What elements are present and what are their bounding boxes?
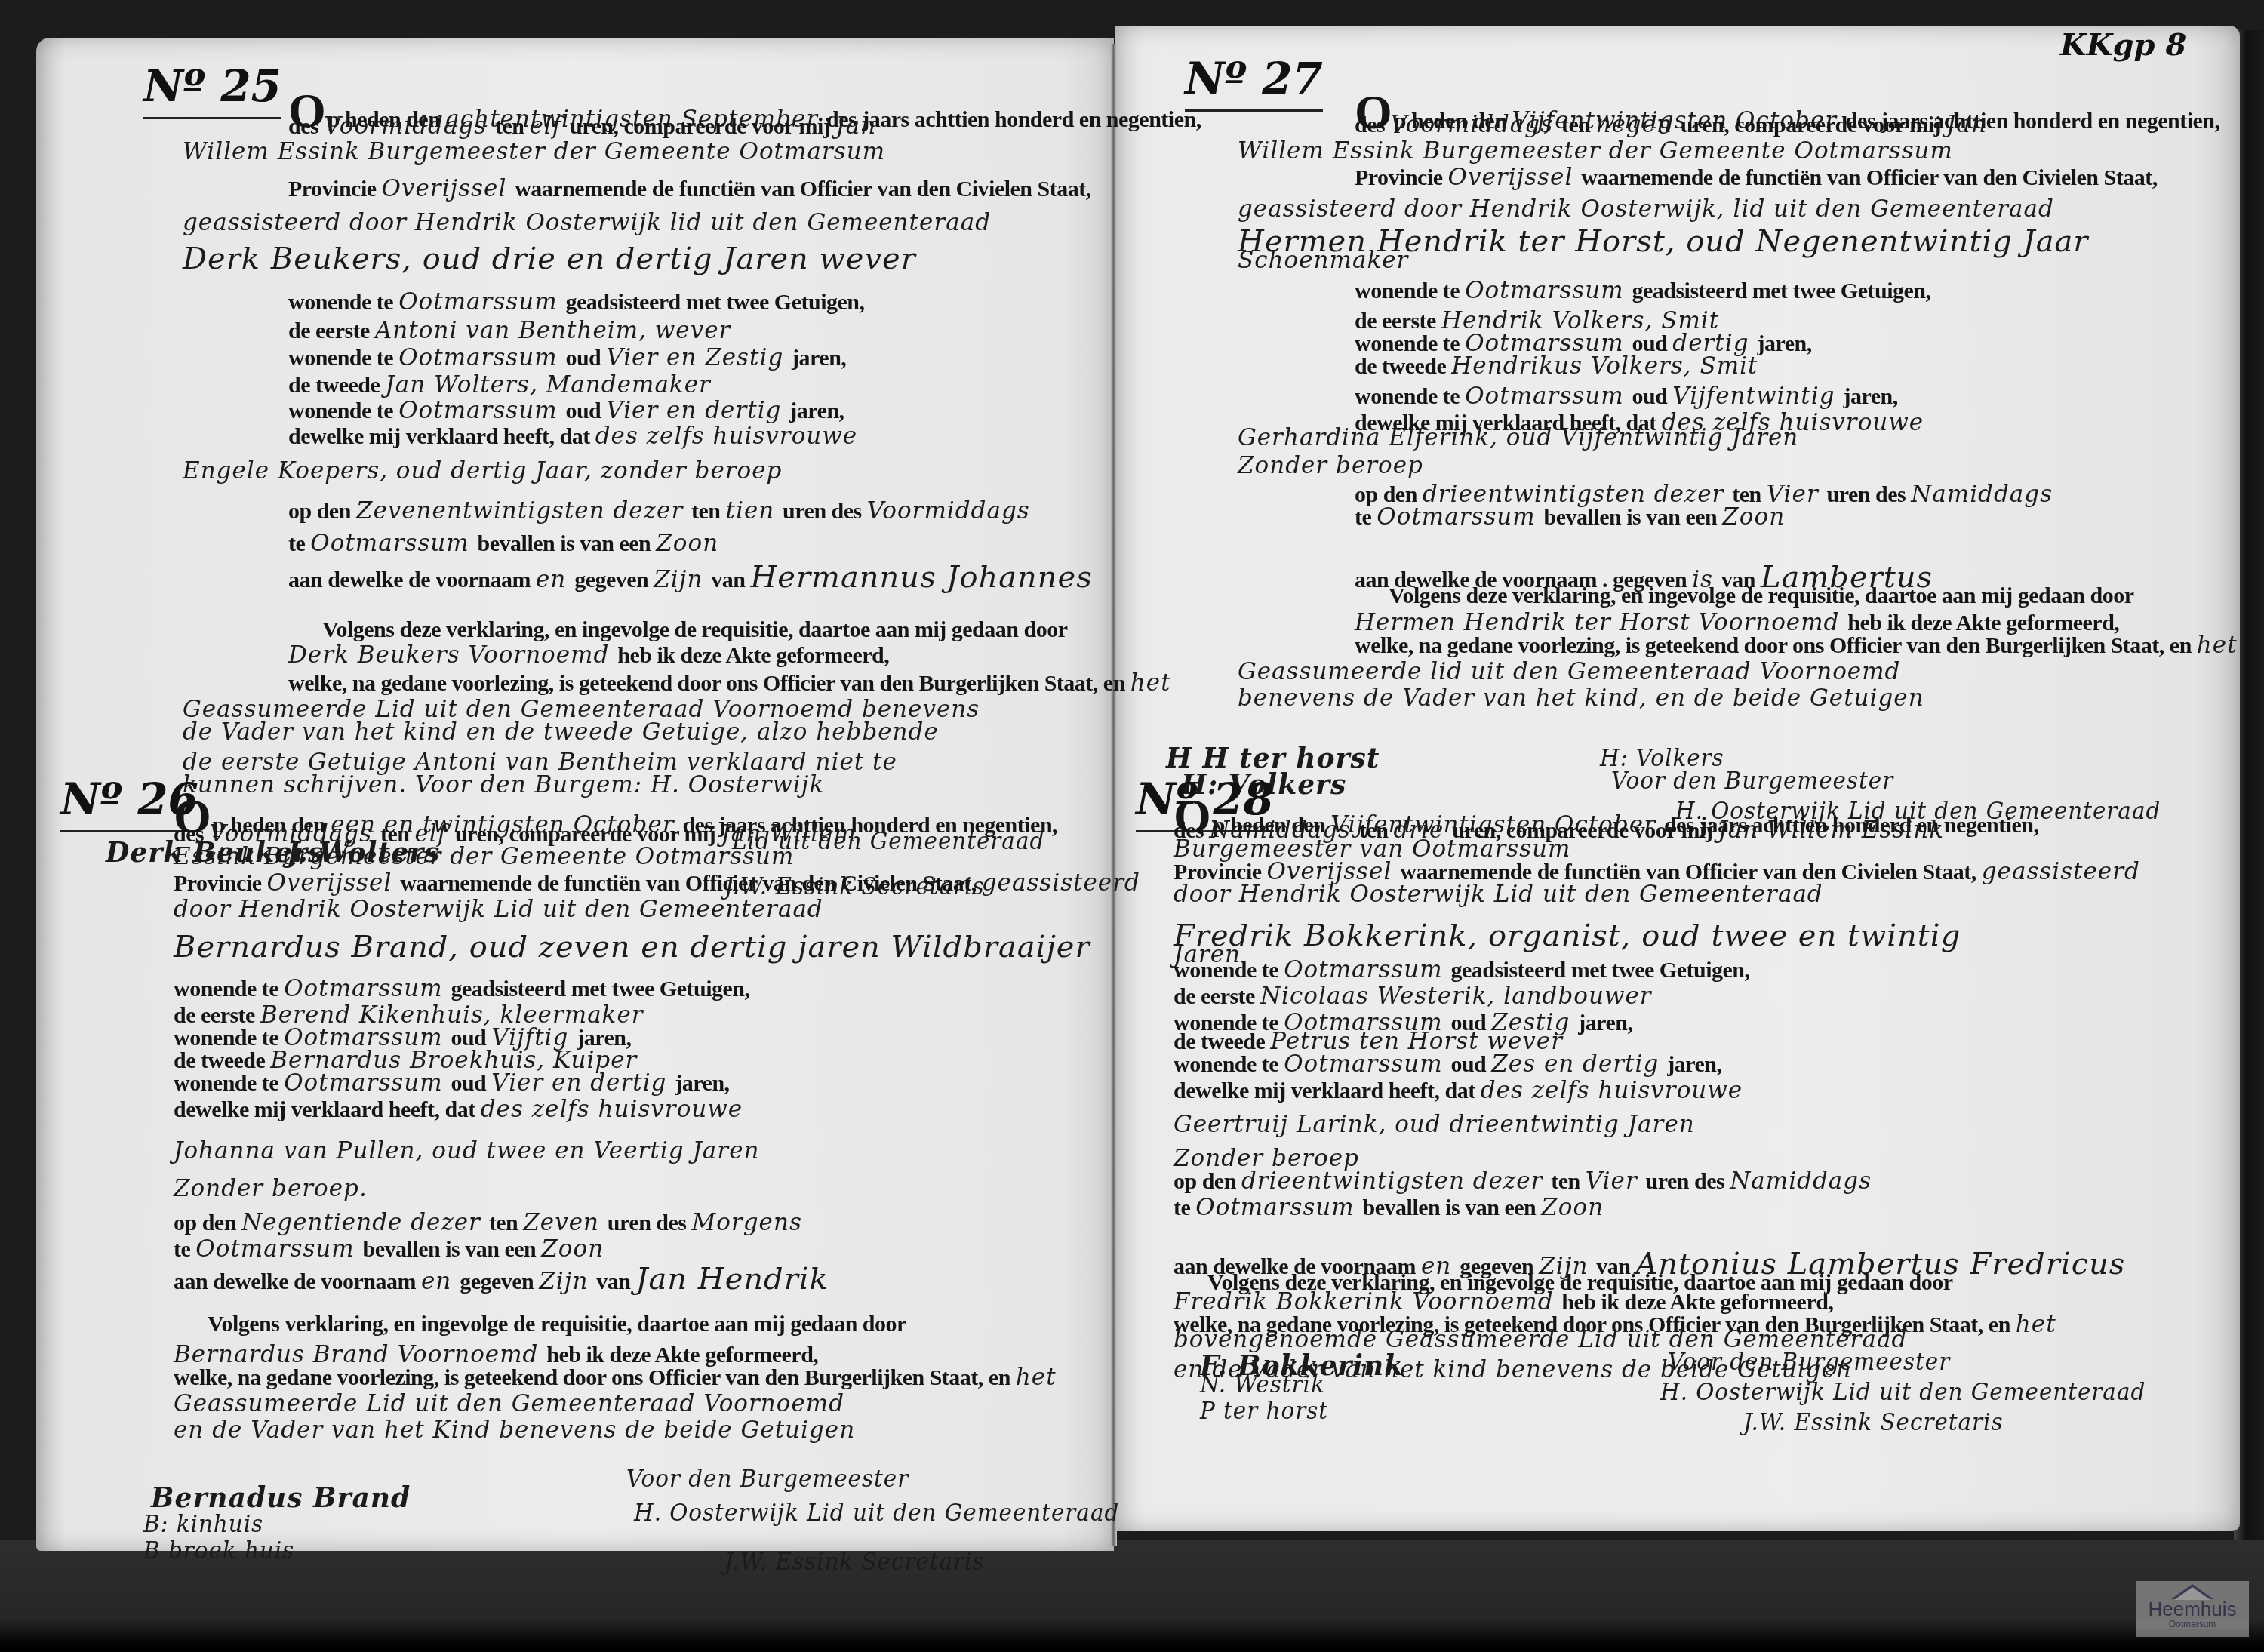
register-line: Fredrik Bokkerink, organist, oud twee en… — [1174, 921, 1961, 951]
register-line: Geassumeerde Lid uit den Gemeenteraad Vo… — [174, 1392, 844, 1416]
printed-text: wonende te — [288, 398, 398, 423]
handwritten-text: Johanna van Pullen, oud twee en Veertig … — [174, 1137, 759, 1164]
handwritten-text: Ootmarssum — [1377, 503, 1543, 531]
handwritten-text: Jan Wolters, Mandemaker — [385, 371, 711, 398]
register-line: welke, na gedane voorlezing, is geteeken… — [288, 672, 1171, 695]
printed-text: geadsisteerd met twee Getuigen, — [1450, 958, 1749, 983]
signature: J.W. Essink Secretaris — [724, 1551, 985, 1574]
register-line: wonende te Ootmarssum geadsisteerd met t… — [288, 291, 864, 314]
printed-text: wonende te — [1174, 958, 1284, 983]
handwritten-text: Bernardus Brand Voornoemd — [174, 1341, 546, 1368]
register-line: door Hendrik Oosterwijk Lid uit den Geme… — [1174, 883, 1823, 906]
printed-text: te — [288, 531, 310, 556]
handwritten-text: Zoon — [656, 530, 718, 557]
printed-text: jaren, — [675, 1071, 729, 1096]
register-line: Engele Koepers, oud dertig Jaar, zonder … — [183, 460, 782, 483]
register-line: en de Vader van het Kind benevens de bei… — [174, 1419, 855, 1442]
register-line: dewelke mij verklaard heeft, dat des zel… — [174, 1098, 743, 1121]
printed-text: oud — [565, 398, 606, 423]
handwritten-text: Namiddags — [1911, 481, 2053, 508]
printed-text: heb ik deze Akte geformeerd, — [546, 1343, 818, 1367]
handwritten-text: Morgens — [692, 1209, 802, 1236]
register-line: te Ootmarssum bevallen is van een Zoon — [288, 532, 718, 555]
handwritten-text: Ootmarssum — [195, 1235, 362, 1263]
handwritten-text: Overijssel — [382, 175, 515, 202]
register-line: welke, na gedane voorlezing, is geteeken… — [174, 1366, 1057, 1389]
register-line: Zonder beroep — [1238, 454, 1423, 478]
signature: H. Oosterwijk Lid uit den Gemeenteraad — [634, 1502, 1119, 1525]
handwritten-text: Essink Burgemeester der Gemeente Ootmars… — [174, 843, 794, 870]
register-line: wonende te Ootmarssum geadsisteerd met t… — [174, 977, 749, 1001]
printed-text: uren, compareerde voor mij — [1681, 112, 1946, 137]
handwritten-text: het — [1130, 669, 1171, 697]
printed-text: des — [1355, 112, 1390, 137]
printed-text: gegeven — [460, 1269, 539, 1294]
handwritten-text: Voormiddags — [867, 497, 1030, 525]
register-line: Provincie Overijssel waarnemende de func… — [288, 177, 1091, 201]
printed-text: gegeven — [574, 568, 654, 592]
handwritten-text: Jan Hendrik — [635, 1262, 828, 1297]
printed-text: waarnemende de functiën van Officier van… — [1581, 165, 2158, 190]
register-line: te Ootmarssum bevallen is van een Zoon — [174, 1238, 604, 1261]
register-line: de tweede Hendrikus Volkers, Smit — [1355, 355, 1758, 378]
printed-text: wonende te — [1174, 1052, 1284, 1077]
scan-background — [0, 1540, 2264, 1652]
printed-text: ten — [1561, 112, 1596, 137]
printed-text: waarnemende de functiën van Officier van… — [400, 871, 982, 896]
printed-text: wonende te — [174, 1026, 284, 1051]
printed-text: aan dewelke de voornaam — [288, 568, 536, 592]
register-line: des Voormiddags ten negen uren, comparee… — [1355, 113, 1987, 137]
register-line: de eerste Antoni van Bentheim, wever — [288, 319, 731, 343]
page-fold — [1111, 44, 1117, 1546]
printed-text: jaren, — [789, 398, 844, 423]
handwritten-text: het — [1016, 1364, 1057, 1391]
entry-number-underline — [1185, 109, 1323, 112]
handwritten-text: Voormiddags — [1390, 111, 1561, 138]
handwritten-text: Ootmarssum — [1284, 1051, 1450, 1078]
printed-text: oud — [1632, 384, 1672, 409]
register-line: Bernardus Brand, oud zeven en dertig jar… — [174, 932, 1090, 962]
register-line: des Voormiddags ten elf uren, compareerd… — [288, 115, 876, 138]
handwritten-text: door Hendrik Oosterwijk Lid uit den Geme… — [1174, 881, 1823, 908]
handwritten-text: en de Vader van het Kind benevens de bei… — [174, 1417, 855, 1444]
handwritten-text: Voormiddags — [324, 112, 495, 140]
printed-text: wonende te — [1355, 278, 1465, 303]
handwritten-text: Fredrik Bokkerink, organist, oud twee en… — [1174, 918, 1961, 953]
heemhuis-watermark: Heemhuis Ootmarsum — [2136, 1581, 2249, 1637]
register-line: Volgens deze verklaring, en ingevolge de… — [322, 619, 1067, 641]
printed-text: bevallen is van een — [363, 1237, 542, 1262]
handwritten-text: Geassumeerde lid uit den Gemeenteraad Vo… — [1238, 658, 1900, 685]
printed-text: van — [711, 568, 750, 592]
printed-text: uren, compareerde voor mij — [570, 114, 835, 139]
handwritten-text: Ootmarssum — [1284, 956, 1450, 983]
printed-text: dewelke mij verklaard heeft, dat — [1174, 1078, 1481, 1103]
register-line: op den Negentiende dezer ten Zeven uren … — [174, 1211, 802, 1235]
printed-text: ten — [691, 499, 726, 524]
register-line: aan dewelke de voornaam en gegeven Zijn … — [174, 1264, 829, 1294]
printed-text: de tweede — [288, 373, 385, 398]
register-line: wonende te Ootmarssum oud Vier en Zestig… — [288, 346, 846, 370]
printed-text: op den — [288, 499, 356, 524]
handwritten-text: Ootmarssum — [398, 288, 565, 315]
register-line: Bernardus Brand Voornoemd heb ik deze Ak… — [174, 1343, 818, 1367]
handwritten-text: Overijssel — [1448, 164, 1582, 191]
register-line: de Vader van het kind en de tweede Getui… — [183, 721, 939, 744]
handwritten-text: Vier en dertig — [606, 397, 789, 424]
signature: J.W. Essink Secretaris — [1743, 1411, 2004, 1435]
printed-text: van — [596, 1269, 635, 1294]
register-line: te Ootmarssum bevallen is van een Zoon — [1174, 1196, 1604, 1220]
handwritten-text: Derk Beukers, oud drie en dertig Jaren w… — [183, 241, 916, 276]
watermark-place: Ootmarsum — [2136, 1619, 2249, 1629]
printed-text: geadsisteerd met twee Getuigen, — [565, 290, 864, 315]
signature: N. Westrik — [1200, 1374, 1325, 1397]
register-line: aan dewelke de voornaam en gegeven Zijn … — [288, 562, 1093, 592]
handwritten-text: geassisteerd door Hendrik Oosterwijk lid… — [183, 209, 991, 236]
catalog-mark: KKgp 8 — [2060, 27, 2186, 63]
register-line: wonende te Ootmarssum oud Vijfentwintig … — [1355, 385, 1898, 408]
register-line: Essink Burgemeester der Gemeente Ootmars… — [174, 845, 794, 869]
handwritten-text: Negentiende dezer — [241, 1209, 489, 1236]
printed-text: de eerste — [288, 318, 375, 343]
entry-number: Nº 27 — [1185, 53, 1323, 104]
handwritten-text: Vier — [1586, 1167, 1646, 1195]
handwritten-text: Fredrik Bokkerink Voornoemd — [1174, 1288, 1561, 1315]
printed-text: ten — [489, 1211, 524, 1235]
printed-text: dewelke mij verklaard heeft, dat — [288, 424, 595, 449]
printed-text: bevallen is van een — [1544, 505, 1723, 530]
handwritten-text: Hermen Hendrik ter Horst Voornoemd — [1355, 609, 1847, 636]
printed-text: te — [174, 1237, 195, 1262]
handwritten-text: door Hendrik Oosterwijk Lid uit den Geme… — [174, 896, 823, 923]
register-line: wonende te Ootmarssum oud Vier en dertig… — [288, 399, 844, 423]
printed-text: bevallen is van een — [478, 531, 657, 556]
handwritten-text: Geassumeerde Lid uit den Gemeenteraad Vo… — [174, 1390, 844, 1417]
register-line: Provincie Overijssel waarnemende de func… — [1355, 166, 2158, 189]
printed-text: wonende te — [1355, 331, 1465, 356]
printed-text: te — [1355, 505, 1377, 530]
printed-text: wonende te — [174, 1071, 284, 1096]
handwritten-text: het — [2197, 632, 2238, 659]
printed-text: heb ik deze Akte geformeerd, — [617, 643, 889, 668]
house-roof-icon — [2171, 1584, 2213, 1599]
handwritten-text: Geertruij Larink, oud drieentwintig Jare… — [1174, 1111, 1695, 1138]
printed-text: wonende te — [288, 346, 398, 371]
register-line: Provincie Overijssel waarnemende de func… — [174, 872, 1140, 895]
handwritten-text: Ootmarssum — [1465, 277, 1632, 304]
handwritten-text: des zelfs huisvrouwe — [1481, 1077, 1743, 1104]
register-line: wonende te Ootmarssum oud Zes en dertig … — [1174, 1053, 1721, 1076]
handwritten-text: Schoenmaker — [1238, 247, 1408, 274]
register-line: dewelke mij verklaard heeft, dat des zel… — [1174, 1079, 1743, 1103]
printed-text: aan dewelke de voornaam — [174, 1269, 421, 1294]
register-line: Willem Essink Burgemeester der Gemeente … — [183, 140, 885, 164]
printed-text: de eerste — [1355, 309, 1441, 334]
printed-text: uren des — [608, 1211, 692, 1235]
signature: P ter horst — [1200, 1400, 1328, 1423]
printed-text: Provincie — [174, 871, 267, 896]
printed-text: op den — [174, 1211, 241, 1235]
printed-text: uren des — [783, 499, 867, 524]
printed-text: Provincie — [288, 177, 382, 202]
handwritten-text: Gerhardina Elferink, oud Vijfentwintig J… — [1238, 424, 1798, 451]
printed-text: de eerste — [1174, 984, 1260, 1009]
handwritten-text: Zijn — [539, 1268, 596, 1295]
handwritten-text: Jan — [1946, 111, 1987, 138]
register-line: geassisteerd door Hendrik Oosterwijk, li… — [1238, 198, 2054, 221]
printed-text: welke, na gedane voorlezing, is geteeken… — [174, 1365, 1016, 1390]
handwritten-text: Antoni van Bentheim, wever — [375, 317, 731, 344]
handwritten-text: Vier en Zestig — [606, 344, 792, 371]
register-line: de tweede Jan Wolters, Mandemaker — [288, 374, 711, 397]
handwritten-text: Vier en dertig — [491, 1069, 675, 1097]
register-line: Fredrik Bokkerink Voornoemd heb ik deze … — [1174, 1291, 1833, 1314]
register-line: wonende te Ootmarssum oud Vier en dertig… — [174, 1072, 730, 1095]
signature: B: kinhuis — [143, 1513, 263, 1537]
handwritten-text: Zoon — [541, 1235, 604, 1263]
register-line: Volgens deze verklaring, en ingevolge de… — [1389, 585, 2133, 608]
printed-text: des jaars achttien honderd en negentien, — [826, 107, 1201, 132]
register-line: te Ootmarssum bevallen is van een Zoon — [1355, 506, 1785, 529]
register-line: Geassumeerde lid uit den Gemeenteraad Vo… — [1238, 660, 1900, 684]
printed-text: te — [1174, 1195, 1195, 1220]
register-line: Schoenmaker — [1238, 249, 1408, 272]
register-line: wonende te Ootmarssum geadsisteerd met t… — [1355, 279, 1930, 303]
handwritten-text: Zoon — [1541, 1194, 1604, 1221]
printed-text: ten — [1551, 1169, 1586, 1194]
register-line: welke, na gedane voorlezing, is geteeken… — [1355, 634, 2238, 657]
register-line: dewelke mij verklaard heeft, dat des zel… — [288, 425, 857, 448]
handwritten-text: drieentwintigsten dezer — [1241, 1167, 1551, 1195]
printed-text: wonende te — [288, 290, 398, 315]
printed-text: jaren, — [792, 346, 846, 371]
handwritten-text: Engele Koepers, oud dertig Jaar, zonder … — [183, 457, 782, 485]
handwritten-text: elf — [529, 112, 570, 140]
handwritten-text: tien — [726, 497, 783, 525]
signature: Bernadus Brand — [151, 1483, 411, 1512]
handwritten-text: des zelfs huisvrouwe — [595, 423, 857, 450]
printed-text: heb ik deze Akte geformeerd, — [1847, 611, 2119, 635]
entry-number: Nº 25 — [143, 60, 281, 112]
printed-text: bevallen is van een — [1363, 1195, 1542, 1220]
handwritten-text: en — [536, 566, 574, 593]
register-line: door Hendrik Oosterwijk Lid uit den Geme… — [174, 898, 823, 921]
handwritten-text: Ootmarssum — [1465, 383, 1632, 410]
handwritten-text: Zijn — [654, 566, 711, 593]
handwritten-text: Nicolaas Westerik, landbouwer — [1260, 983, 1652, 1010]
register-line: geassisteerd door Hendrik Oosterwijk lid… — [183, 211, 991, 235]
printed-text: welke, na gedane voorlezing, is geteeken… — [1355, 633, 2197, 658]
handwritten-text: Zoon — [1722, 503, 1785, 531]
handwritten-text: des zelfs huisvrouwe — [481, 1096, 743, 1123]
register-line: Volgens verklaring, en ingevolge de requ… — [208, 1313, 906, 1336]
printed-text: oud — [1450, 1052, 1491, 1077]
printed-text: uren des — [1827, 482, 1912, 507]
register-line: Derk Beukers Voornoemd heb ik deze Akte … — [288, 644, 889, 667]
printed-text: jaren, — [1843, 384, 1897, 409]
signature: Voor den Burgemeester — [1668, 1351, 1950, 1374]
handwritten-text: negen — [1595, 111, 1680, 138]
handwritten-text: geassisteerd door Hendrik Oosterwijk, li… — [1238, 195, 2054, 223]
printed-text: wonende te — [174, 977, 284, 1001]
register-line: op den drieentwintigsten dezer ten Vier … — [1174, 1170, 1872, 1193]
register-line: Hermen Hendrik ter Horst Voornoemd heb i… — [1355, 611, 2119, 635]
handwritten-text: Zevenentwintigsten dezer — [356, 497, 691, 525]
handwritten-text: Willem Essink Burgemeester der Gemeente … — [183, 138, 885, 165]
printed-text: Volgens verklaring, en ingevolge de requ… — [208, 1312, 906, 1337]
printed-text: uren des — [1646, 1169, 1730, 1194]
signature: Voor den Burgemeester — [626, 1468, 909, 1491]
printed-text: jaren, — [1578, 1011, 1632, 1035]
printed-text: des — [288, 114, 324, 139]
register-line: Geertruij Larink, oud drieentwintig Jare… — [1174, 1113, 1695, 1137]
handwritten-text: geassisteerd — [982, 869, 1140, 897]
handwritten-text: Overijssel — [267, 869, 401, 897]
printed-text: geadsisteerd met twee Getuigen, — [451, 977, 749, 1001]
register-line: op den Zevenentwintigsten dezer ten tien… — [288, 500, 1030, 523]
handwritten-text: Namiddags — [1730, 1167, 1872, 1195]
handwritten-text: en — [421, 1268, 460, 1295]
handwritten-text: Derk Beukers Voornoemd — [288, 641, 617, 669]
handwritten-text: geassisteerd — [1982, 858, 2140, 885]
watermark-name: Heemhuis — [2136, 1599, 2249, 1619]
handwritten-text: benevens de Vader van het kind, en de be… — [1238, 684, 1924, 712]
printed-text: de tweede — [1174, 1029, 1270, 1054]
handwritten-text: Zonder beroep. — [174, 1175, 368, 1202]
handwritten-text: Zonder beroep — [1238, 452, 1423, 479]
handwritten-text: Zeven — [523, 1209, 608, 1236]
handwritten-text: Bernardus Brand, oud zeven en dertig jar… — [174, 930, 1090, 964]
handwritten-text: Zes en dertig — [1491, 1051, 1667, 1078]
handwritten-text: Hendrikus Volkers, Smit — [1451, 352, 1758, 380]
signature: B broek huis — [143, 1540, 294, 1563]
entry-number-underline — [143, 117, 281, 119]
printed-text: op den — [1174, 1169, 1241, 1194]
printed-text: geadsisteerd met twee Getuigen, — [1632, 278, 1930, 303]
printed-text: Volgens deze verklaring, en ingevolge de… — [322, 617, 1067, 642]
handwritten-text: Vijfentwintig — [1672, 383, 1843, 410]
handwritten-text: Ootmarssum — [310, 530, 477, 557]
printed-text: welke, na gedane voorlezing, is geteeken… — [288, 671, 1130, 696]
handwritten-text: het — [2016, 1311, 2056, 1338]
handwritten-text: Hermannus Johannes — [750, 560, 1092, 595]
printed-text: de tweede — [1355, 354, 1451, 379]
register-line: Zonder beroep. — [174, 1177, 368, 1201]
handwritten-text: Ootmarssum — [284, 975, 451, 1002]
register-line: de eerste Nicolaas Westerik, landbouwer — [1174, 985, 1652, 1008]
printed-text: oud — [565, 346, 606, 371]
printed-text: Volgens deze verklaring, en ingevolge de… — [1389, 583, 2133, 608]
handwritten-text: Willem Essink Burgemeester der Gemeente … — [1238, 137, 1953, 165]
printed-text: dewelke mij verklaard heeft, dat — [174, 1097, 481, 1122]
handwritten-text: Ootmarssum — [398, 344, 565, 371]
handwritten-text: Ootmarssum — [1195, 1194, 1362, 1221]
printed-text: Provincie — [1355, 165, 1448, 190]
printed-text: jaren, — [1667, 1052, 1721, 1077]
register-line: Willem Essink Burgemeester der Gemeente … — [1238, 140, 1953, 163]
printed-text: de tweede — [174, 1048, 270, 1073]
signature: Voor den Burgemeester — [1611, 770, 1893, 793]
handwritten-text: de Vader van het kind en de tweede Getui… — [183, 718, 939, 746]
register-line: Gerhardina Elferink, oud Vijfentwintig J… — [1238, 426, 1798, 450]
printed-text: jaren, — [1757, 331, 1811, 356]
printed-text: ten — [495, 114, 530, 139]
handwritten-text: Ootmarssum — [284, 1069, 451, 1097]
printed-text: heb ik deze Akte geformeerd, — [1561, 1290, 1833, 1315]
printed-text: oud — [451, 1071, 491, 1096]
printed-text: waarnemende de functiën van Officier van… — [515, 177, 1091, 202]
register-line: Derk Beukers, oud drie en dertig Jaren w… — [183, 244, 916, 274]
signature: H. Oosterwijk Lid uit den Gemeenteraad — [1660, 1381, 2146, 1404]
handwritten-text: Jan — [835, 112, 876, 140]
printed-text: wonende te — [1355, 384, 1465, 409]
printed-text: de eerste — [174, 1003, 260, 1028]
handwritten-text: Jan Willem Essink — [1718, 817, 1944, 844]
handwritten-text: Ootmarssum — [398, 397, 565, 424]
register-line: wonende te Ootmarssum geadsisteerd met t… — [1174, 958, 1749, 982]
register-line: benevens de Vader van het kind, en de be… — [1238, 687, 1924, 710]
register-line: Johanna van Pullen, oud twee en Veertig … — [174, 1140, 759, 1163]
